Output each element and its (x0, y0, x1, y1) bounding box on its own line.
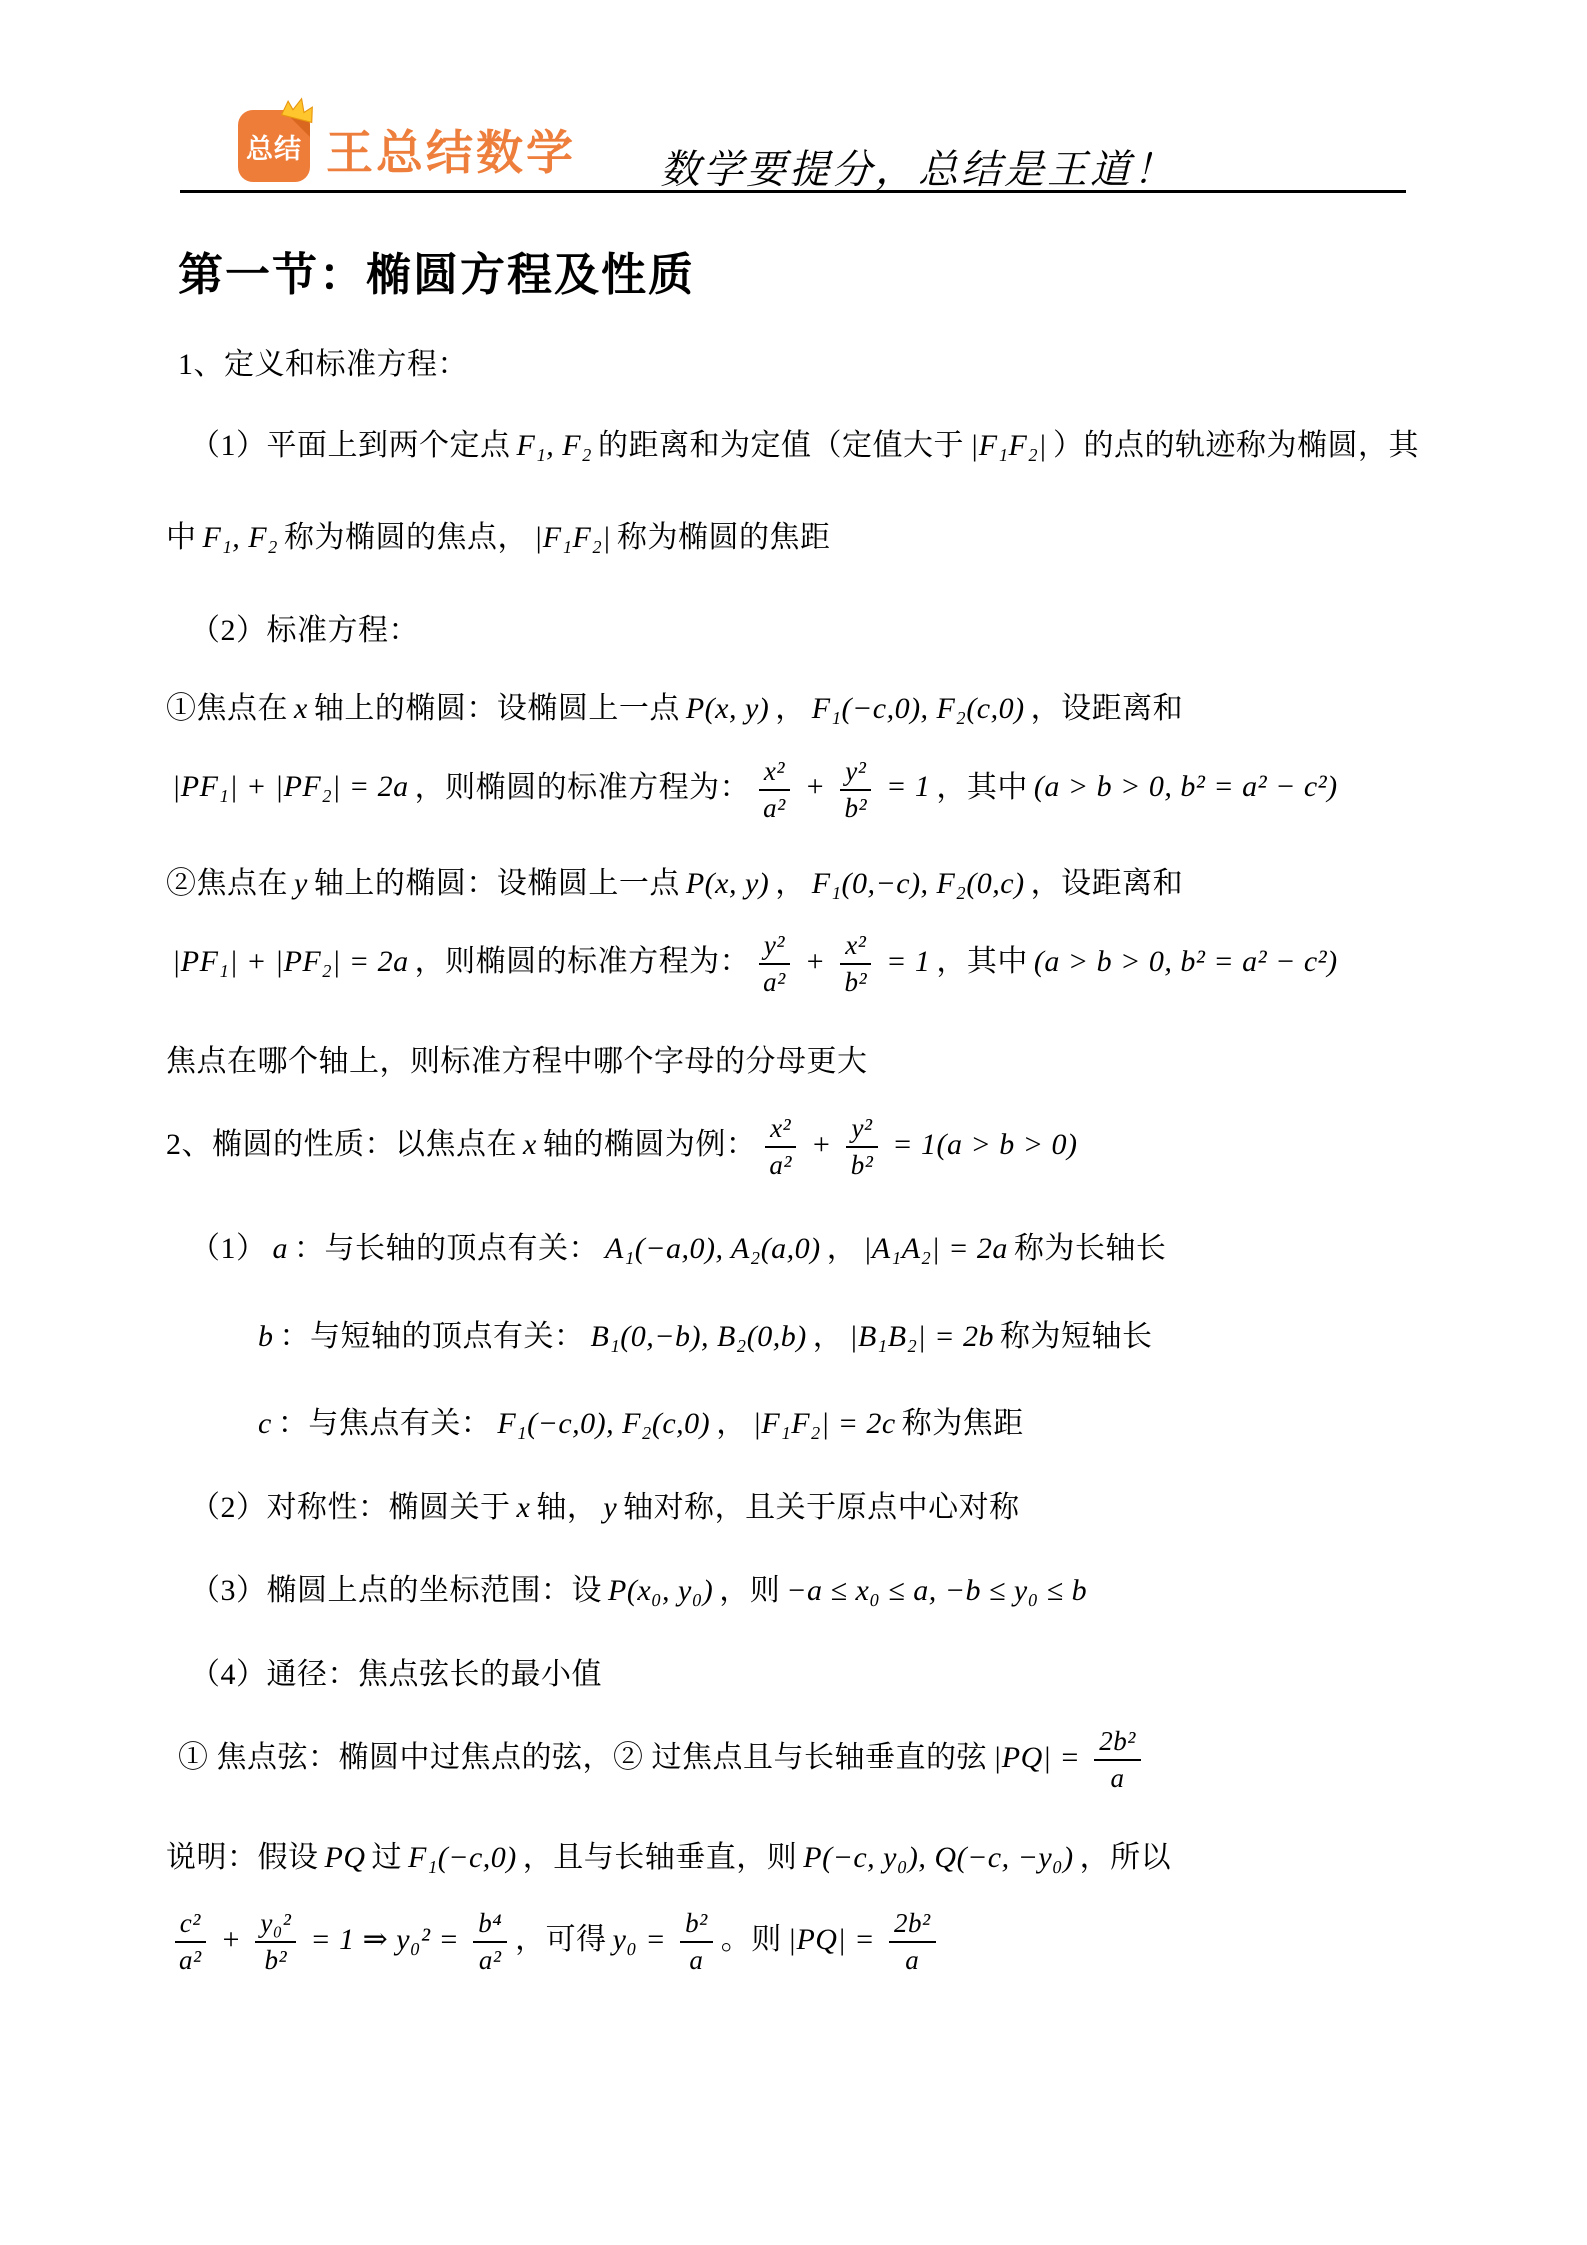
text-run: （4）通径：焦点弦长的最小值 (190, 1658, 602, 1691)
fraction: y²a² (758, 930, 791, 998)
fraction-numerator: b⁴ (473, 1908, 507, 1943)
fraction-denominator: a² (758, 791, 791, 824)
text-run: （1） (190, 1232, 267, 1265)
text-run: ，所以 (1080, 1841, 1172, 1874)
fraction-denominator: b² (840, 791, 873, 824)
math-run: F₁(0,−c), F₂(0,c) (812, 867, 1025, 900)
text-run: 轴上的椭圆：设椭圆上一点 (314, 692, 680, 725)
math-run: |PF₁| + |PF₂| = 2a (172, 770, 409, 803)
para-section1-heading: 1、定义和标准方程： (166, 345, 1437, 386)
math-run: x (294, 692, 308, 725)
logo-badge-text: 总结 (246, 127, 302, 166)
math-run: a (273, 1232, 289, 1265)
para-derivation: c²a²+y₀²b²= 1 ⇒ y₀² =b⁴a²，可得y₀ =b²a。则|PQ… (166, 1908, 1437, 1976)
math-run: P(−c, y₀), Q(−c, −y₀) (803, 1841, 1073, 1874)
text-run: ：与焦点有关： (278, 1407, 492, 1440)
para-formula-y-axis: |PF₁| + |PF₂| = 2a，则椭圆的标准方程为：y²a²+x²b²= … (166, 930, 1437, 998)
fraction-numerator: b² (680, 1908, 713, 1943)
math-run: + (221, 1923, 242, 1956)
page-header: 总结 王总结数学 数学要提分，总结是王道！ (0, 0, 1587, 208)
math-run: x (517, 1491, 531, 1524)
math-run: = 1 ⇒ y₀² = (310, 1923, 459, 1956)
text-run: 称为短轴长 (1000, 1320, 1153, 1353)
text-run: （1）平面上到两个定点 (190, 429, 511, 462)
para-denominator-note: 焦点在哪个轴上，则标准方程中哪个字母的分母更大 (166, 1042, 1437, 1083)
text-run: （2）标准方程： (190, 614, 419, 647)
text-run: （2）对称性：椭圆关于 (190, 1491, 511, 1524)
fraction: x²a² (758, 756, 791, 824)
text-run: ，则椭圆的标准方程为： (415, 945, 751, 978)
fraction: x²b² (840, 930, 873, 998)
para-definition-line2: 中F₁, F₂称为椭圆的焦点，|F₁F₂|称为椭圆的焦距 (166, 518, 1437, 559)
fraction-denominator: a (684, 1943, 708, 1976)
math-run: |F₁F₂| (534, 521, 611, 554)
math-run: = 1 (886, 945, 930, 978)
math-run: y₀ = (613, 1923, 667, 1956)
text-run: ，则椭圆的标准方程为： (415, 770, 751, 803)
math-run: F₁(−c,0), F₂(c,0) (812, 692, 1025, 725)
text-run: 1、定义和标准方程： (178, 348, 468, 381)
math-run: |B₁B₂| = 2b (849, 1320, 994, 1353)
math-run: = 1 (886, 770, 930, 803)
para-symmetry: （2）对称性：椭圆关于x轴，y轴对称，且关于原点中心对称 (166, 1488, 1437, 1529)
fraction-numerator: 2b² (889, 1908, 936, 1943)
text-run: 说明：假设 (166, 1841, 319, 1874)
text-run: ①焦点在 (166, 692, 288, 725)
para-latus-rectum: （4）通径：焦点弦长的最小值 (166, 1655, 1437, 1696)
text-run: 称为椭圆的焦点， (284, 521, 528, 554)
para-property-c: c：与焦点有关：F₁(−c,0), F₂(c,0)，|F₁F₂| = 2c称为焦… (166, 1404, 1437, 1445)
fraction-numerator: y² (840, 756, 871, 791)
fraction-denominator: a² (764, 1148, 797, 1181)
text-run: 焦点在哪个轴上，则标准方程中哪个字母的分母更大 (166, 1045, 868, 1078)
math-run: |PF₁| + |PF₂| = 2a (172, 945, 409, 978)
fraction: b⁴a² (473, 1908, 507, 1976)
text-run: 中 (166, 521, 197, 554)
text-run: 称为长轴长 (1014, 1232, 1167, 1265)
text-run: ，设距离和 (1031, 692, 1184, 725)
math-run: y (294, 867, 308, 900)
math-run: (a > b > 0, b² = a² − c²) (1034, 945, 1338, 978)
text-run: 称为椭圆的焦距 (617, 521, 831, 554)
para-definition-line1: （1）平面上到两个定点F₁, F₂的距离和为定值（定值大于|F₁F₂|）的点的轨… (166, 426, 1437, 467)
math-run: |A₁A₂| = 2a (863, 1232, 1008, 1265)
fraction-numerator: c² (175, 1908, 206, 1943)
slogan: 数学要提分，总结是王道！ (660, 138, 1176, 195)
fraction-denominator: a (1106, 1761, 1130, 1794)
fraction: y²b² (846, 1113, 879, 1181)
math-run: F₁(−c,0), F₂(c,0) (497, 1407, 710, 1440)
math-run: + (805, 770, 826, 803)
fraction-numerator: x² (759, 756, 790, 791)
math-run: F₁, F₂ (203, 521, 279, 554)
fraction-numerator: y₀² (255, 1908, 296, 1943)
text-run: 轴的椭圆为例： (543, 1128, 757, 1161)
para-coordinate-range: （3）椭圆上点的坐标范围：设P(x₀, y₀)，则−a ≤ x₀ ≤ a, −b… (166, 1571, 1437, 1612)
math-run: A₁(−a,0), A₂(a,0) (605, 1232, 821, 1265)
math-run: y (603, 1491, 617, 1524)
fraction-numerator: 2b² (1094, 1726, 1141, 1761)
page-title: 第一节：椭圆方程及性质 (178, 238, 1437, 303)
para-focus-y-axis: ②焦点在y轴上的椭圆：设椭圆上一点P(x, y)，F₁(0,−c), F₂(0,… (166, 864, 1437, 905)
header-rule (180, 190, 1406, 193)
text-run: ， (813, 1320, 844, 1353)
text-run: （3）椭圆上点的坐标范围：设 (190, 1574, 602, 1607)
math-run: + (811, 1128, 832, 1161)
math-run: P(x₀, y₀) (608, 1574, 713, 1607)
text-run: ，设距离和 (1031, 867, 1184, 900)
text-run: ②焦点在 (166, 867, 288, 900)
fraction-denominator: a (900, 1943, 924, 1976)
para-standard-equation-heading: （2）标准方程： (166, 611, 1437, 652)
math-run: b (258, 1320, 274, 1353)
math-run: |PQ| = (788, 1923, 875, 1956)
fraction-denominator: b² (840, 965, 873, 998)
math-run: F₁(−c,0) (408, 1841, 517, 1874)
fraction-numerator: y² (846, 1113, 877, 1148)
fraction-numerator: y² (759, 930, 790, 965)
text-run: 2、椭圆的性质：以焦点在 (166, 1128, 517, 1161)
fraction-denominator: a² (174, 1943, 207, 1976)
math-run: |PQ| = (993, 1741, 1080, 1774)
math-run: |F₁F₂| = 2c (753, 1407, 896, 1440)
fraction: 2b²a (1094, 1726, 1141, 1794)
para-section2-heading: 2、椭圆的性质：以焦点在x轴的椭圆为例：x²a²+y²b²= 1(a > b >… (166, 1113, 1437, 1181)
text-run: ① 焦点弦：椭圆中过焦点的弦，② 过焦点且与长轴垂直的弦 (178, 1741, 987, 1774)
para-property-a: （1）a：与长轴的顶点有关：A₁(−a,0), A₂(a,0)，|A₁A₂| =… (166, 1229, 1437, 1270)
text-run: ，其中 (936, 770, 1028, 803)
fraction: b²a (680, 1908, 713, 1976)
fraction: x²a² (764, 1113, 797, 1181)
fraction-denominator: b² (260, 1943, 293, 1976)
fraction: y₀²b² (255, 1908, 296, 1976)
text-run: ，其中 (936, 945, 1028, 978)
fraction-numerator: x² (840, 930, 871, 965)
text-run: 过 (372, 1841, 403, 1874)
math-run: + (805, 945, 826, 978)
math-run: PQ (325, 1841, 366, 1874)
text-run: 的距离和为定值（定值大于 (598, 429, 964, 462)
document-body: 第一节：椭圆方程及性质 1、定义和标准方程： （1）平面上到两个定点F₁, F₂… (0, 238, 1587, 1976)
math-run: F₁, F₂ (517, 429, 593, 462)
fraction-denominator: b² (846, 1148, 879, 1181)
para-formula-x-axis: |PF₁| + |PF₂| = 2a，则椭圆的标准方程为：x²a²+y²b²= … (166, 756, 1437, 824)
math-run: P(x, y) (686, 867, 769, 900)
math-run: |F₁F₂| (970, 429, 1047, 462)
text-run: ：与长轴的顶点有关： (294, 1232, 599, 1265)
logo-title: 王总结数学 (326, 116, 576, 183)
logo-badge: 总结 (238, 110, 310, 182)
text-run: ，则 (719, 1574, 780, 1607)
text-run: 轴， (536, 1491, 597, 1524)
text-run: ， (775, 692, 806, 725)
text-run: ， (716, 1407, 747, 1440)
text-run: ， (827, 1232, 858, 1265)
math-run: B₁(0,−b), B₂(0,b) (591, 1320, 807, 1353)
para-property-b: b：与短轴的顶点有关：B₁(0,−b), B₂(0,b)，|B₁B₂| = 2b… (166, 1317, 1437, 1358)
math-run: c (258, 1407, 272, 1440)
text-run: 轴对称，且关于原点中心对称 (623, 1491, 1020, 1524)
fraction-denominator: a² (758, 965, 791, 998)
text-run: ：与短轴的顶点有关： (280, 1320, 585, 1353)
fraction: c²a² (174, 1908, 207, 1976)
math-run: (a > b > 0, b² = a² − c²) (1034, 770, 1338, 803)
para-explanation: 说明：假设PQ过F₁(−c,0)，且与长轴垂直，则P(−c, y₀), Q(−c… (166, 1838, 1437, 1879)
math-run: −a ≤ x₀ ≤ a, −b ≤ y₀ ≤ b (786, 1574, 1087, 1607)
fraction: y²b² (840, 756, 873, 824)
fraction-denominator: a² (474, 1943, 507, 1976)
text-run: ）的点的轨迹称为椭圆，其 (1053, 429, 1419, 462)
text-run: 。则 (721, 1923, 782, 1956)
text-run: ，可得 (515, 1923, 607, 1956)
math-run: x (523, 1128, 537, 1161)
math-run: P(x, y) (686, 692, 769, 725)
text-run: ，且与长轴垂直，则 (523, 1841, 798, 1874)
para-focal-chord: ① 焦点弦：椭圆中过焦点的弦，② 过焦点且与长轴垂直的弦|PQ| =2b²a (166, 1726, 1437, 1794)
fraction-numerator: x² (765, 1113, 796, 1148)
para-focus-x-axis: ①焦点在x轴上的椭圆：设椭圆上一点P(x, y)，F₁(−c,0), F₂(c,… (166, 689, 1437, 730)
math-run: = 1(a > b > 0) (892, 1128, 1077, 1161)
text-run: 轴上的椭圆：设椭圆上一点 (314, 867, 680, 900)
text-run: ， (775, 867, 806, 900)
text-run: 称为焦距 (902, 1407, 1024, 1440)
fraction: 2b²a (889, 1908, 936, 1976)
